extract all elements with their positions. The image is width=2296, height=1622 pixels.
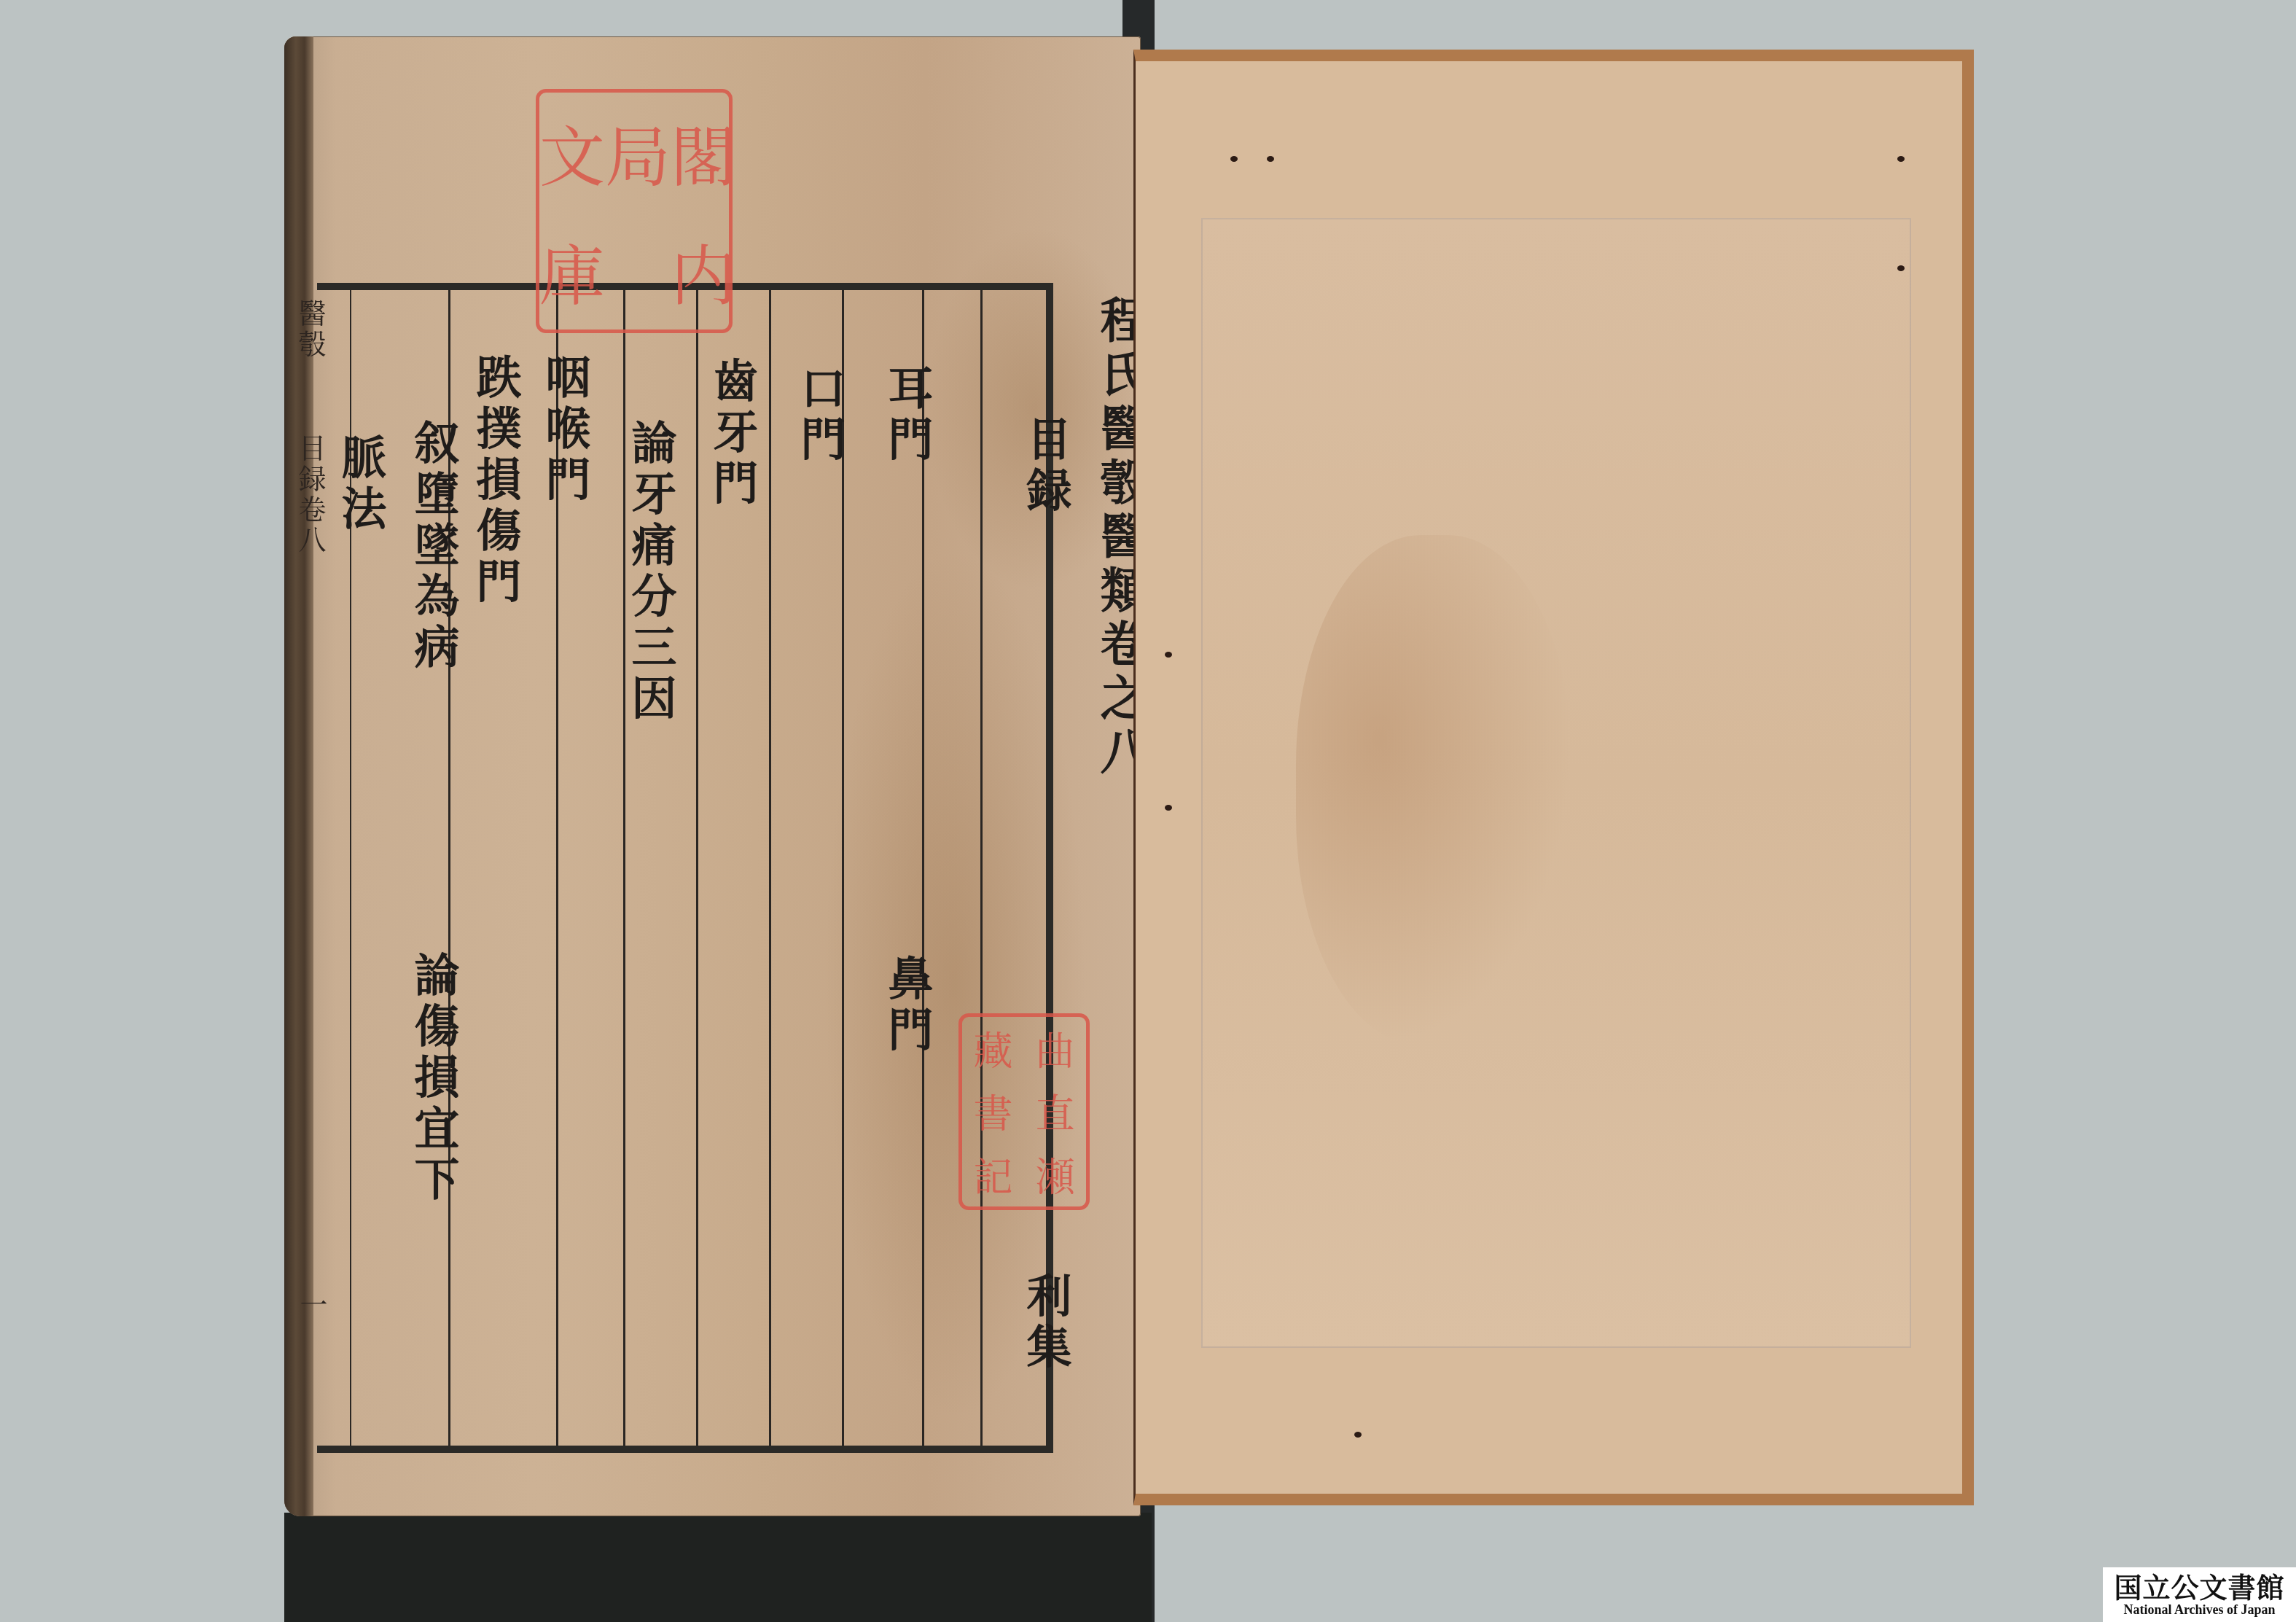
seal-char: 藏: [962, 1017, 1024, 1080]
seal-char: 局: [605, 93, 671, 211]
wormhole: [1165, 652, 1172, 658]
column-text-7: 跌撲損傷門: [463, 354, 528, 609]
column-text-4: 齒牙門: [700, 357, 765, 510]
left-page: 醫彀 目録卷八 一 程氏醫彀醫類卷之八 目録 利集 耳門 鼻門 口門 齒牙門 論…: [284, 36, 1141, 1516]
column-text-8-bottom: 論傷損宜下: [401, 951, 466, 1206]
archive-logo-english: National Archives of Japan: [2123, 1602, 2275, 1617]
right-page-blank: [1133, 50, 1974, 1505]
wormhole: [1267, 156, 1274, 162]
seal-char: 書: [962, 1080, 1024, 1144]
column-text-2-bottom: 鼻門: [875, 955, 940, 1057]
ownership-seal-bottom: 藏 曲 書 直 記 瀬: [958, 1013, 1090, 1210]
seal-char: 曲: [1024, 1017, 1086, 1080]
column-rule: [980, 290, 983, 1446]
wormhole: [1354, 1432, 1362, 1438]
column-text-3: 口門: [787, 364, 852, 467]
column-text-8-top: 叙墮墜為病: [401, 419, 466, 674]
seal-char: 内: [671, 211, 736, 330]
seal-char: 庫: [539, 211, 605, 330]
seal-char: 文: [539, 93, 605, 211]
water-stain: [1296, 535, 1573, 1045]
seal-char: 閣: [671, 93, 736, 211]
ownership-seal-top: 文 局 閣 庫 内: [536, 89, 733, 333]
archive-logo: 国立公文書館 National Archives of Japan: [2103, 1567, 2296, 1622]
wormhole: [1897, 156, 1905, 162]
column-text-9: 脈法: [328, 434, 393, 536]
column-text-6: 咽喉門: [532, 354, 597, 507]
column-text-1-bottom: 利集: [1013, 1272, 1078, 1374]
seal-char: 瀬: [1024, 1143, 1086, 1206]
wormhole: [1230, 156, 1238, 162]
wormhole: [1165, 805, 1172, 811]
column-rule: [696, 290, 698, 1446]
column-rule: [769, 290, 771, 1446]
wormhole: [1897, 265, 1905, 271]
seal-char: 記: [962, 1143, 1024, 1206]
column-text-2-top: 耳門: [875, 364, 940, 467]
column-text-5: 論牙痛分三因: [618, 419, 683, 725]
seal-char: [605, 211, 671, 330]
background-bottom-shadow: [284, 1513, 1152, 1622]
column-text-1-top: 目録: [1013, 416, 1078, 518]
seal-char: 直: [1024, 1080, 1086, 1144]
archive-logo-japanese: 国立公文書館: [2114, 1573, 2284, 1602]
